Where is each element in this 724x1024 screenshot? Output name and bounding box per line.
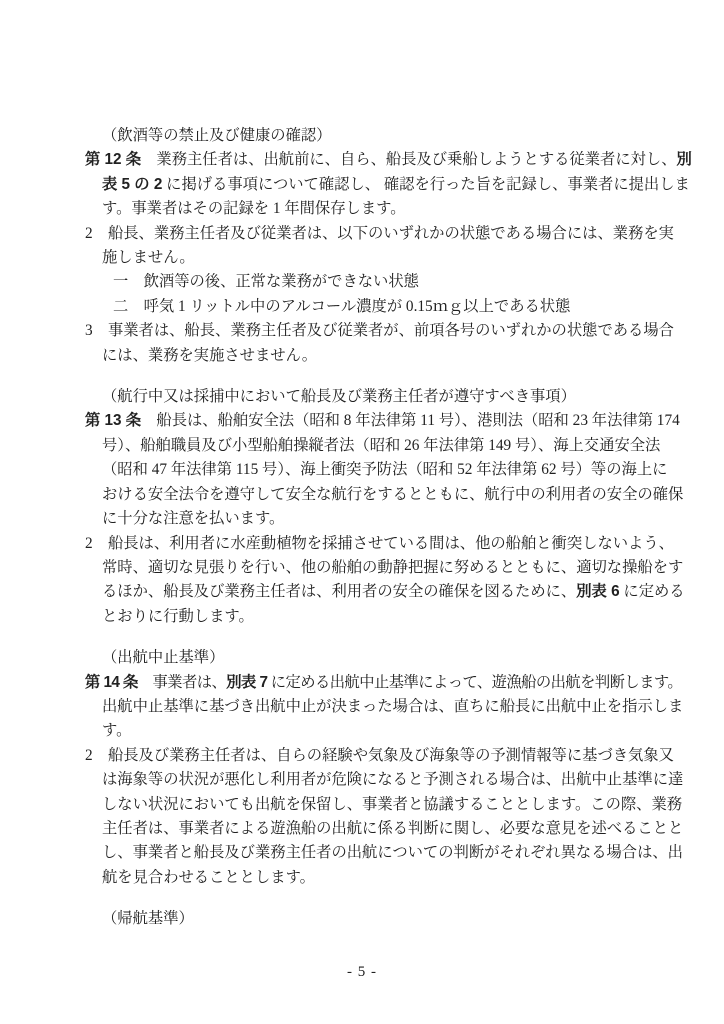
text-line: （航行中又は採捕中において船長及び業務主任者が遵守すべき事項） (85, 385, 677, 409)
text-line: 主任者は、事業者による遊漁船の出航に係る判断に関し、必要な意見を述べることと (85, 817, 677, 841)
text-line: 第 12 条 業務主任者は、出航前に、自ら、船長及び乗船しようとする従業者に対し… (85, 148, 677, 172)
blank-line (85, 629, 677, 646)
text-line: （昭和 47 年法律第 115 号）、海上衝突予防法（昭和 52 年法律第 62… (85, 458, 677, 482)
text-run: （帰航基準） (102, 910, 194, 927)
text-run: 号）、船舶職員及び小型船舶操縦者法（昭和 26 年法律第 149 号）、海上交通… (102, 437, 660, 454)
text-line: 出航中止基準に基づき出航中止が決まった場合は、直ちに船長に出航中止を指示しま (85, 695, 677, 719)
text-line: （帰航基準） (85, 907, 677, 931)
emphasis-run: 別表 6 (576, 583, 619, 600)
text-run: 出航中止基準に基づき出航中止が決まった場合は、直ちに船長に出航中止を指示しま (102, 698, 683, 715)
text-line: 一 飲酒等の後、正常な業務ができない状態 (85, 270, 677, 294)
text-line: 常時、適切な見張りを行い、他の船舶の動静把握に努めるとともに、適切な操船をす (85, 556, 677, 580)
text-run: るほか、船長及び業務主任者は、利用者の安全の確保を図るために、 (102, 583, 576, 600)
text-line: す。事業者はその記録を 1 年間保存します。 (85, 197, 677, 221)
text-run: に定める (620, 583, 685, 600)
text-line: 2 船長、業務主任者及び従業者は、以下のいずれかの状態である場合には、業務を実 (85, 222, 677, 246)
text-line: 第 14 条 事業者は、別表 7 に定める出航中止基準によって、遊漁船の出航を判… (85, 671, 677, 695)
emphasis-run: 第 13 条 (85, 412, 141, 429)
text-line: す。 (85, 719, 677, 743)
text-line: （出航中止基準） (85, 646, 677, 670)
text-line: （飲酒等の禁止及び健康の確認） (85, 124, 677, 148)
emphasis-run: 表 5 の 2 (102, 176, 162, 193)
text-run: 2 船長及び業務主任者は、自らの経験や気象及び海象等の予測情報等に基づき気象又 (85, 747, 674, 764)
text-line: し、事業者と船長及び業務主任者の出航についての判断がそれぞれ異なる場合は、出 (85, 841, 677, 865)
text-line: 施しません。 (85, 246, 677, 270)
text-run: 二 呼気 1 リットル中のアルコール濃度が 0.15ｍｇ以上である状態 (113, 298, 570, 315)
text-line: 二 呼気 1 リットル中のアルコール濃度が 0.15ｍｇ以上である状態 (85, 295, 677, 319)
text-line: には、業務を実施させません。 (85, 344, 677, 368)
text-run: 航を見合わせることとします。 (102, 869, 315, 886)
text-run: に掲げる事項について確認し、 確認を行った旨を記録し、事業者に提出しま (162, 176, 689, 193)
text-run: 業務主任者は、出航前に、自ら、船長及び乗船しようとする従業者に対し、 (141, 151, 676, 168)
text-line: おける安全法令を遵守して安全な航行をするとともに、航行中の利用者の安全の確保 (85, 483, 677, 507)
text-run: し、事業者と船長及び業務主任者の出航についての判断がそれぞれ異なる場合は、出 (102, 844, 683, 861)
text-line: 2 船長及び業務主任者は、自らの経験や気象及び海象等の予測情報等に基づき気象又 (85, 744, 677, 768)
text-run: 船長は、船舶安全法（昭和 8 年法律第 11 号）、港則法（昭和 23 年法律第… (141, 412, 680, 429)
text-line: 第 13 条 船長は、船舶安全法（昭和 8 年法律第 11 号）、港則法（昭和 … (85, 409, 677, 433)
text-run: しない状況においても出航を保留し、事業者と協議することとします。この際、業務 (102, 796, 682, 813)
text-run: 2 船長は、利用者に水産動植物を採捕させている間は、他の船舶と衝突しないよう、 (85, 535, 674, 552)
emphasis-run: 別表 7 (226, 674, 267, 691)
text-run: （出航中止基準） (102, 649, 224, 666)
emphasis-run: 第 14 条 (85, 674, 138, 691)
text-run: 3 事業者は、船長、業務主任者及び従業者が、前項各号のいずれかの状態である場合 (85, 322, 674, 339)
blank-line (85, 890, 677, 907)
text-line: 号）、船舶職員及び小型船舶操縦者法（昭和 26 年法律第 149 号）、海上交通… (85, 434, 677, 458)
text-run: おける安全法令を遵守して安全な航行をするとともに、航行中の利用者の安全の確保 (102, 486, 683, 503)
text-line: 航を見合わせることとします。 (85, 866, 677, 890)
document-body: （飲酒等の禁止及び健康の確認）第 12 条 業務主任者は、出航前に、自ら、船長及… (85, 124, 677, 932)
text-line: 表 5 の 2 に掲げる事項について確認し、 確認を行った旨を記録し、事業者に提… (85, 173, 677, 197)
text-run: （航行中又は採捕中において船長及び業務主任者が遵守すべき事項） (102, 388, 576, 405)
text-run: とおりに行動します。 (102, 608, 254, 625)
text-run: 施しません。 (102, 249, 195, 266)
text-run: に定める出航中止基準によって、遊漁船の出航を判断します。 (267, 674, 682, 691)
text-run: には、業務を実施させません。 (102, 347, 317, 364)
text-run: に十分な注意を払います。 (102, 510, 284, 527)
document-page: （飲酒等の禁止及び健康の確認）第 12 条 業務主任者は、出航前に、自ら、船長及… (0, 0, 724, 1024)
text-line: は海象等の状況が悪化し利用者が危険になると予測される場合は、出航中止基準に達 (85, 768, 677, 792)
text-run: 2 船長、業務主任者及び従業者は、以下のいずれかの状態である場合には、業務を実 (85, 225, 674, 242)
text-line: るほか、船長及び業務主任者は、利用者の安全の確保を図るために、別表 6 に定める (85, 580, 677, 604)
text-run: す。事業者はその記録を 1 年間保存します。 (102, 200, 406, 217)
text-run: は海象等の状況が悪化し利用者が危険になると予測される場合は、出航中止基準に達 (102, 771, 683, 788)
text-run: 事業者は、 (138, 674, 226, 691)
page-number: - 5 - (0, 964, 724, 981)
text-line: しない状況においても出航を保留し、事業者と協議することとします。この際、業務 (85, 793, 677, 817)
text-run: （昭和 47 年法律第 115 号）、海上衝突予防法（昭和 52 年法律第 62… (102, 461, 667, 478)
text-run: す。 (102, 722, 131, 739)
emphasis-run: 第 12 条 (85, 151, 141, 168)
text-line: に十分な注意を払います。 (85, 507, 677, 531)
blank-line (85, 368, 677, 385)
text-line: 2 船長は、利用者に水産動植物を採捕させている間は、他の船舶と衝突しないよう、 (85, 532, 677, 556)
text-run: （飲酒等の禁止及び健康の確認） (102, 127, 331, 144)
text-run: 一 飲酒等の後、正常な業務ができない状態 (113, 273, 419, 290)
emphasis-run: 別 (677, 151, 692, 168)
text-line: 3 事業者は、船長、業務主任者及び従業者が、前項各号のいずれかの状態である場合 (85, 319, 677, 343)
text-run: 主任者は、事業者による遊漁船の出航に係る判断に関し、必要な意見を述べることと (102, 820, 683, 837)
text-run: 常時、適切な見張りを行い、他の船舶の動静把握に努めるとともに、適切な操船をす (102, 559, 683, 576)
text-line: とおりに行動します。 (85, 605, 677, 629)
